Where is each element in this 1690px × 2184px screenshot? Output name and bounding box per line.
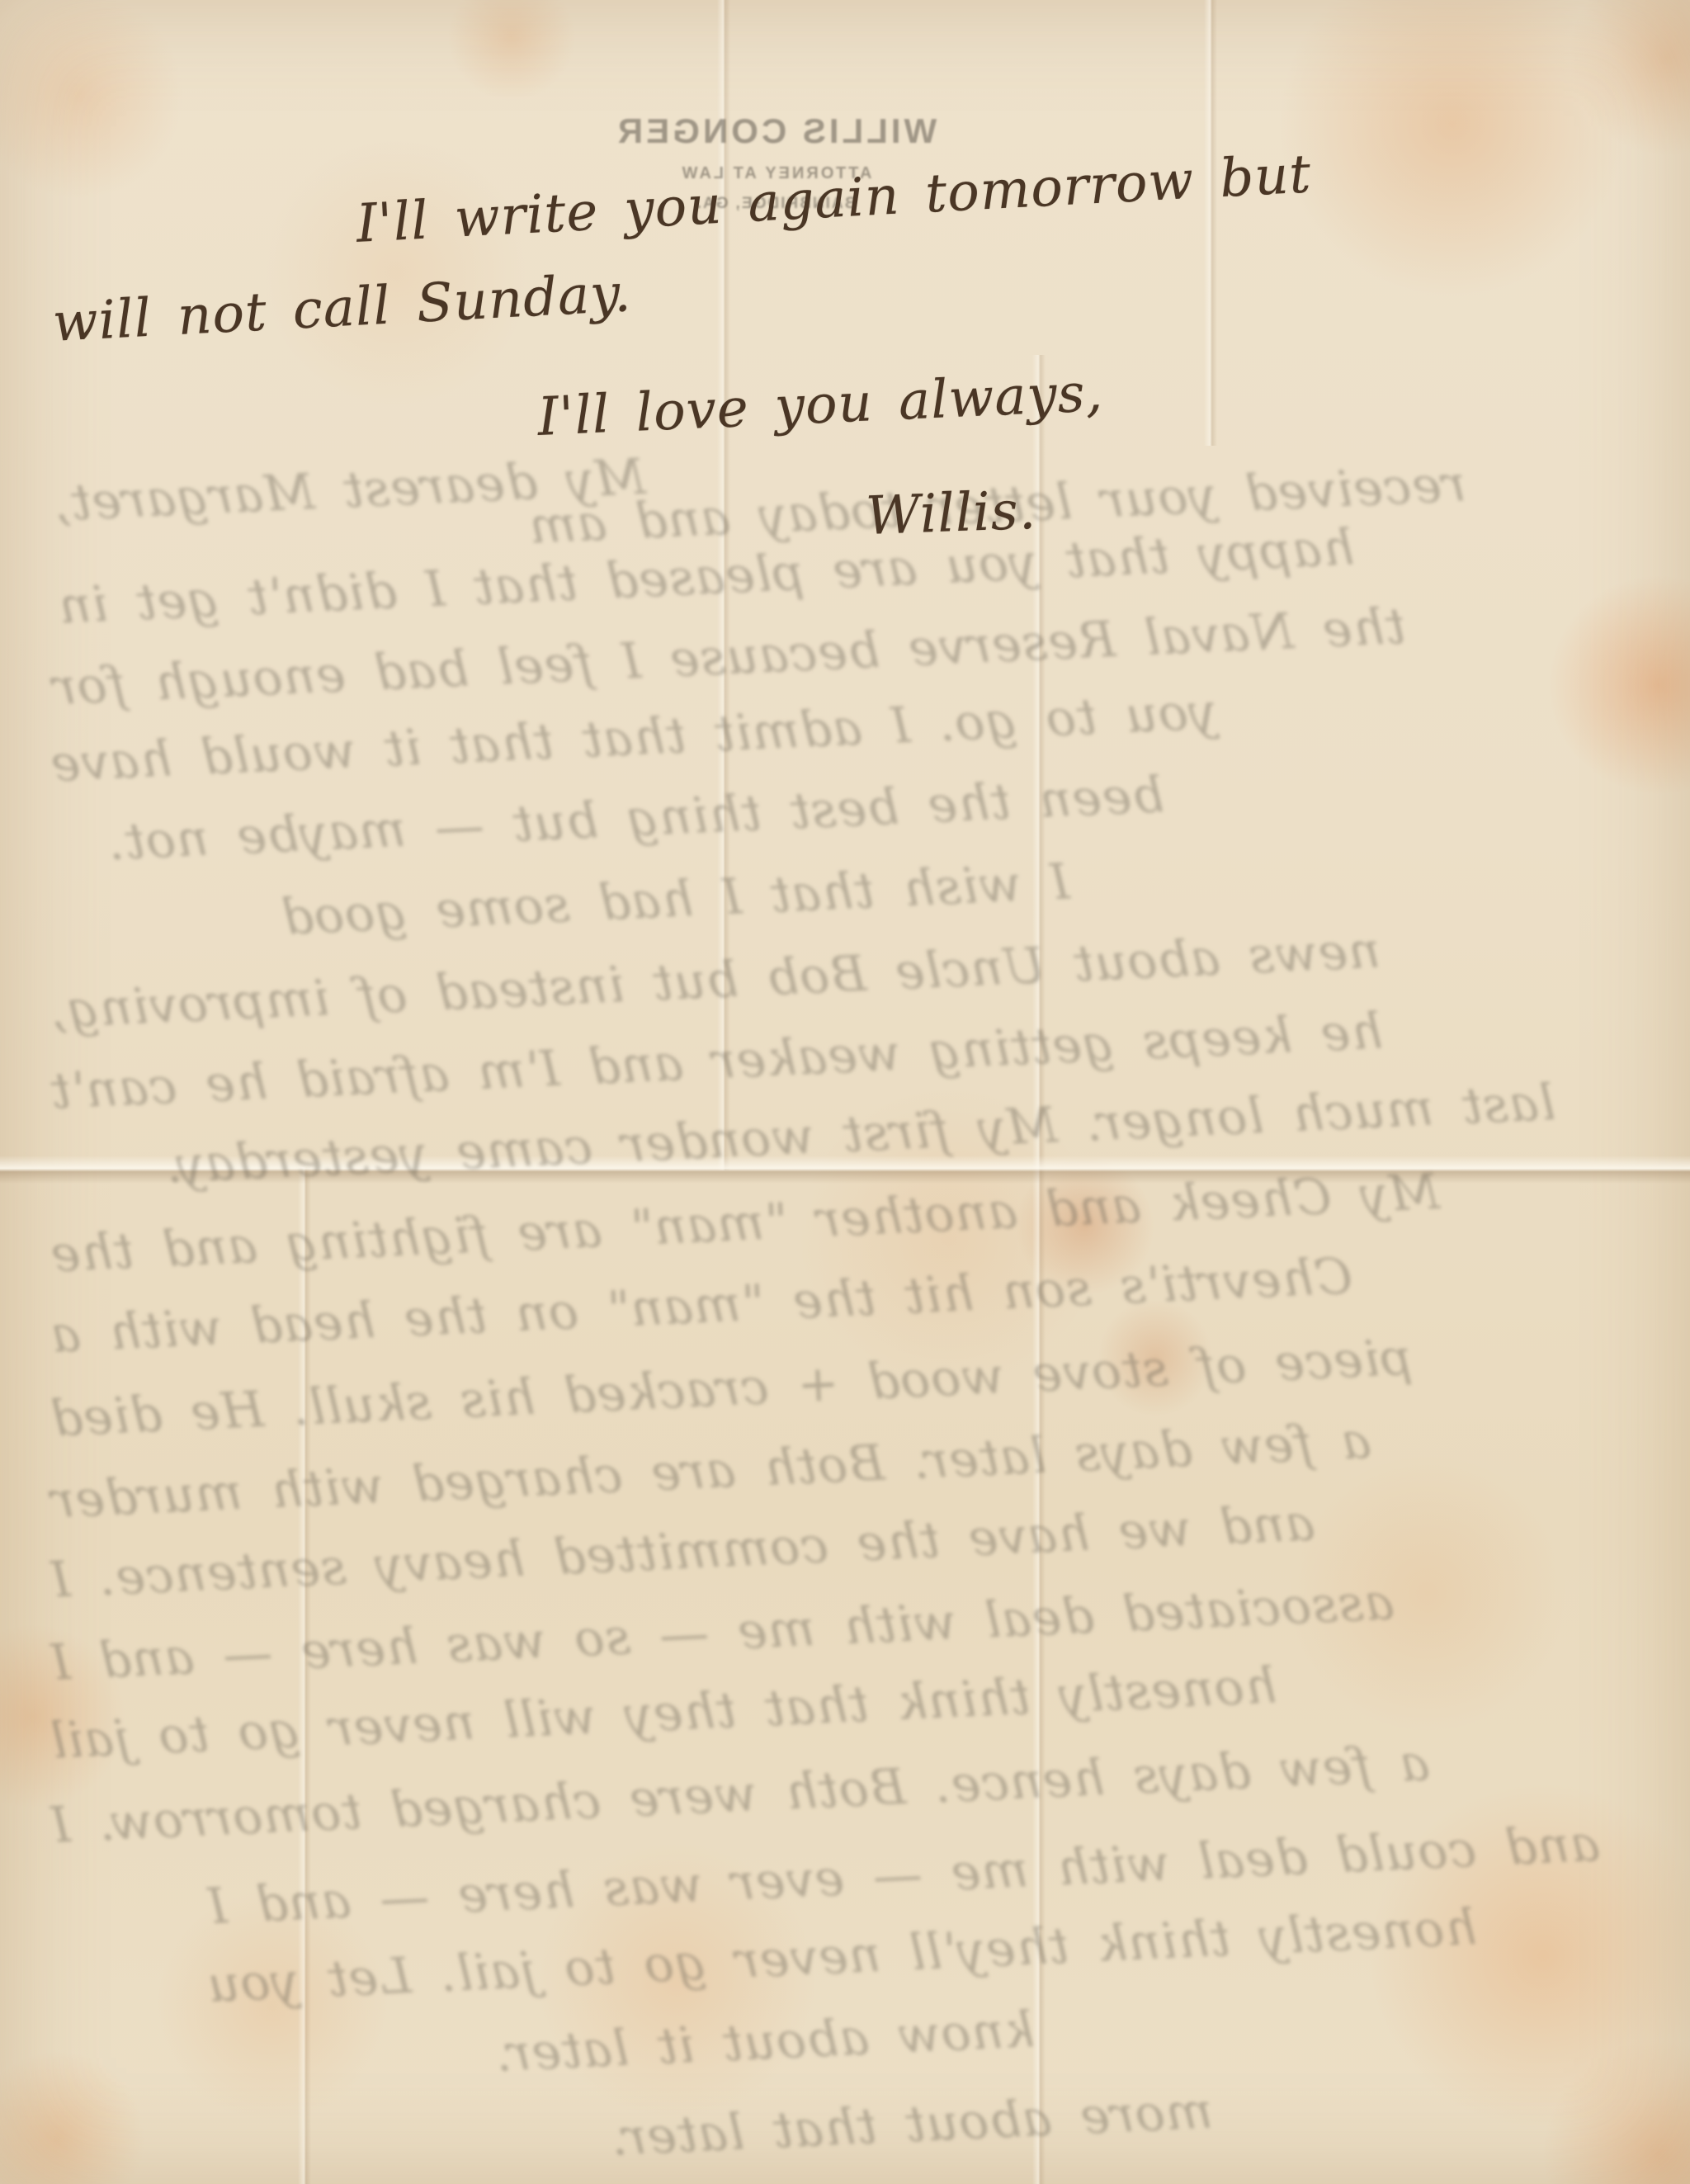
handwriting-line-2: will not call Sunday. (51, 263, 633, 354)
handwriting-signature: Willis. (865, 481, 1037, 548)
letterhead-name: WILLIS CONGER (611, 111, 941, 151)
bleedthrough-line: more about that later. (610, 2082, 1214, 2167)
letter-page: WILLIS CONGER ATTORNEY AT LAW BAINBRIDGE… (0, 0, 1690, 2184)
bleedthrough-line: I wish that I had some good (280, 853, 1071, 946)
bleedthrough-line: know about it later. (494, 2002, 1036, 2083)
handwriting-closing: I'll love you always, (536, 363, 1104, 448)
fold-crease-vertical-top-right (1204, 0, 1217, 446)
